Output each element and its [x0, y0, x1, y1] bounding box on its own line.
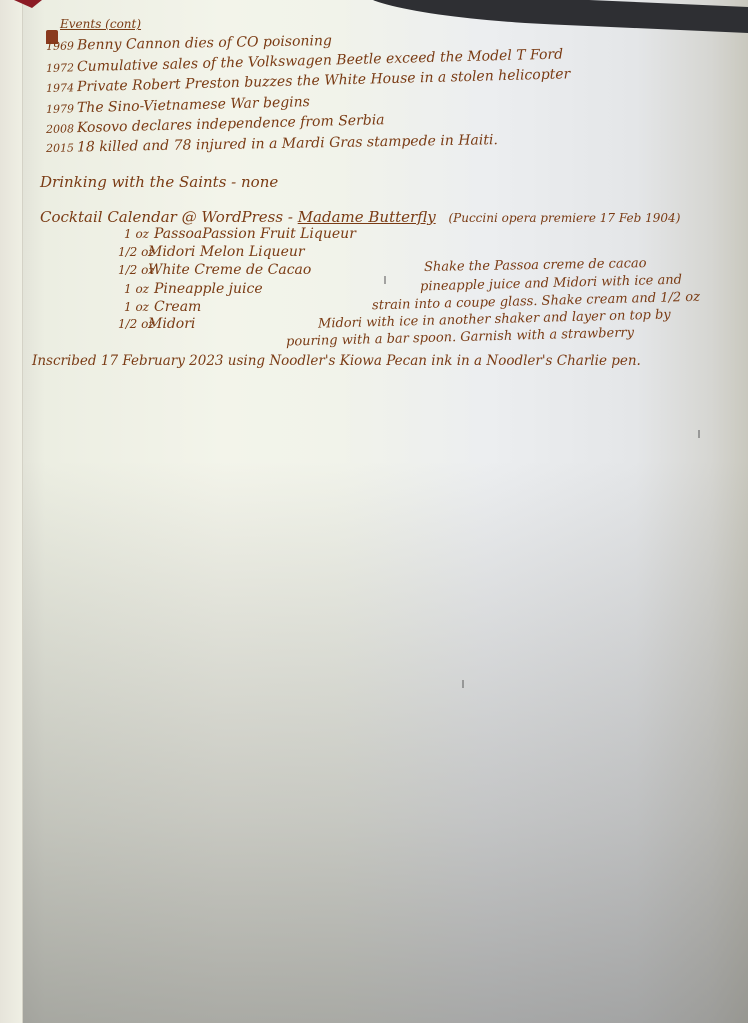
instruction-line: Shake the Passoa creme de cacao [424, 256, 647, 275]
cocktail-title-line: Cocktail Calendar @ WordPress - Madame B… [40, 208, 680, 226]
events-heading: Events (cont) [60, 17, 141, 31]
notebook-cover-corner [14, 0, 42, 8]
event-line: 1979The Sino-Vietnamese War begins [46, 94, 310, 117]
page-edge [0, 0, 23, 1023]
ingredient-line: 1/2 ozMidori Melon Liqueur [118, 244, 305, 260]
inscription-line: Inscribed 17 February 2023 using Noodler… [32, 354, 641, 369]
pencil-mark [698, 430, 700, 438]
drinking-with-saints-line: Drinking with the Saints - none [40, 173, 278, 191]
pencil-mark [384, 276, 386, 284]
ingredient-line: 1/2 ozWhite Creme de Cacao [118, 262, 311, 278]
notebook-page: Events (cont) 1969Benny Cannon dies of C… [0, 0, 748, 1023]
ingredient-line: 1/2 ozMidori [118, 316, 195, 332]
cocktail-note: (Puccini opera premiere 17 Feb 1904) [448, 211, 680, 225]
event-line: 1969Benny Cannon dies of CO poisoning [46, 33, 332, 54]
ingredient-line: 1 ozPineapple juice [124, 281, 263, 297]
background-surface [359, 0, 748, 34]
ingredient-line: 1 ozPassoaPassion Fruit Liqueur [124, 226, 356, 242]
ingredient-line: 1 ozCream [124, 299, 201, 315]
pencil-mark [462, 680, 464, 688]
event-line: 201518 killed and 78 injured in a Mardi … [46, 132, 498, 156]
cocktail-name: Madame Butterfly [298, 208, 436, 226]
event-line: 2008Kosovo declares independence from Se… [46, 112, 385, 137]
